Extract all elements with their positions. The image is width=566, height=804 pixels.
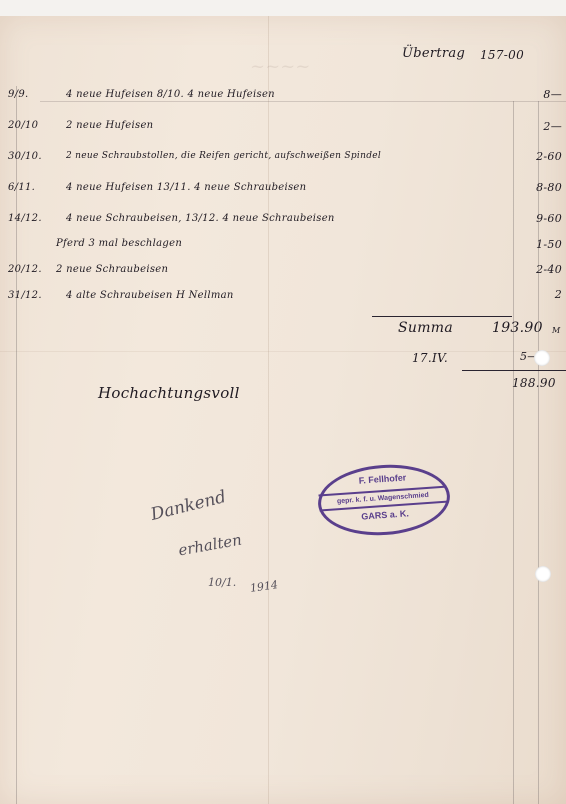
entry-description: 4 neue Schraubeisen, 13/12. 4 neue Schra… [66,213,335,224]
entry-description: 2 neue Hufeisen [66,120,153,131]
entry-amount: 8— [500,88,562,101]
pencil-note-received-2: erhalten [177,531,243,560]
entry-amount: 9-60 [500,212,562,225]
entry-date: 30/10. [8,151,42,162]
sum-label: Summa [398,320,453,336]
entry-date: 9/9. [8,89,28,100]
entry-date: 14/12. [8,213,42,224]
entry-description: 2 neue Schraubeisen [56,264,168,275]
entry-amount: 2 [500,288,562,301]
entry-amount: 1-50 [500,238,562,251]
entry-description: 4 neue Hufeisen 13/11. 4 neue Schraubeis… [66,182,306,193]
header-rule [40,101,566,102]
amount-column-rule-left [513,101,514,804]
closing-salutation: Hochachtungsvoll [98,384,240,402]
left-margin-rule [16,86,17,804]
sum-amount: 193.90 [492,320,543,336]
entry-date: 6/11. [8,182,35,193]
entry-description: 2 neue Schraubstollen, die Reifen gerich… [66,151,381,161]
company-stamp: F. Fellhofer gepr. k. f. u. Wagenschmied… [316,460,453,539]
entry-date: 31/12. [8,290,42,301]
entry-date: 20/10 [8,120,38,131]
paper-fold-vertical [268,16,269,804]
deduction-date: 17.IV. [412,351,448,365]
entry-description: Pferd 3 mal beschlagen [56,238,182,249]
entry-amount: 8-80 [500,181,562,194]
pencil-note-date-year: 1914 [249,578,279,595]
total-amount: 188.90 [512,376,556,390]
invoice-page: ~~~~ Übertrag 157-00 9/9. 4 neue Hufeise… [0,16,566,804]
amount-column-rule-right [538,101,539,804]
sum-currency: M [552,326,561,335]
entry-amount: 2-60 [500,150,562,163]
pencil-note-received: Dankend [149,487,228,525]
paper-fold-horizontal [0,351,566,352]
bleed-through-text: ~~~~ [250,56,310,77]
total-line [462,370,566,371]
sum-flourish-line [372,316,512,317]
entry-date: 20/12. [8,264,42,275]
carry-over-label: Übertrag [402,46,465,61]
entry-amount: 2— [500,120,562,133]
carry-over-amount: 157-00 [480,48,524,62]
punch-hole-lower [535,566,551,582]
entry-description: 4 alte Schraubeisen H Nellman [66,290,234,301]
punch-hole-upper [534,350,550,366]
entry-description: 4 neue Hufeisen 8/10. 4 neue Hufeisen [66,89,275,100]
stamp-name: F. Fellhofer [319,470,445,489]
pencil-note-date-day: 10/1. [208,576,236,589]
entry-amount: 2-40 [500,263,562,276]
